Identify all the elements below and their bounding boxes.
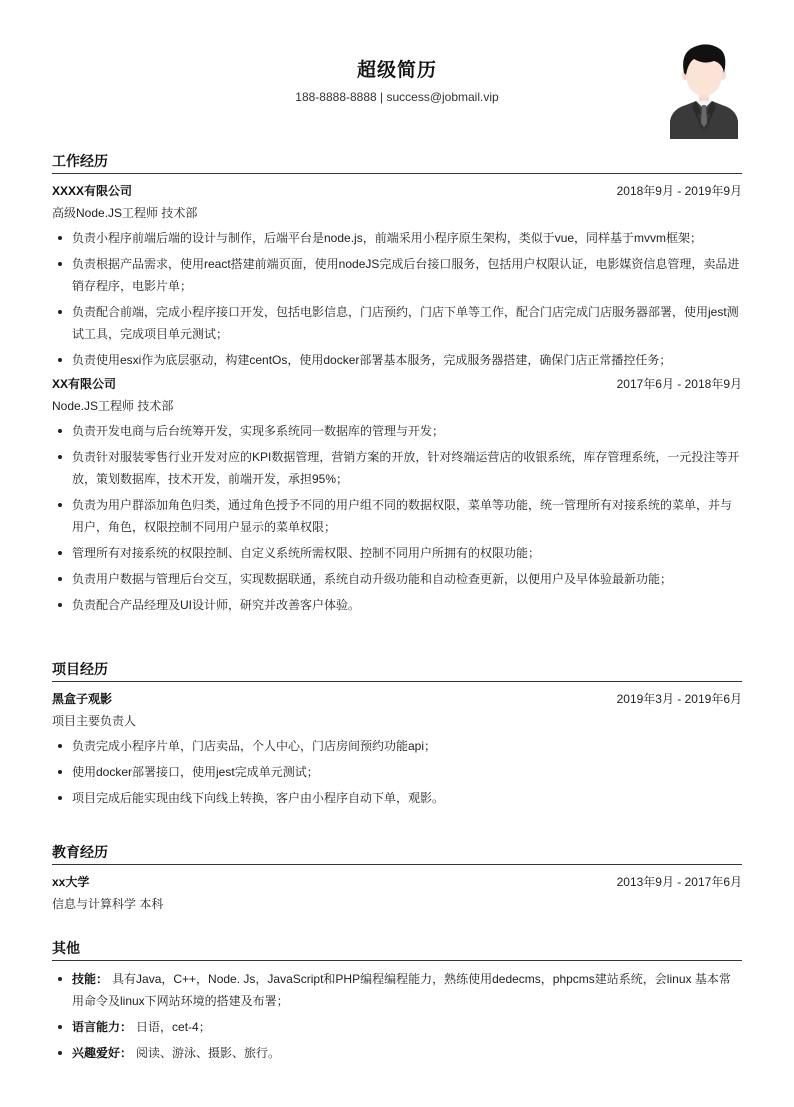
bullet-list: 技能：具有Java，C++，Node. Js，JavaScript和PHP编程编… (52, 968, 742, 1064)
job-role: Node.JS工程师 技术部 (52, 395, 742, 417)
list-item: 负责完成小程序片单，门店卖品，个人中心，门店房间预约功能api； (52, 735, 742, 757)
list-item-skills: 技能：具有Java，C++，Node. Js，JavaScript和PHP编程编… (52, 968, 742, 1012)
list-item: 使用docker部署接口，使用jest完成单元测试； (52, 761, 742, 783)
major: 信息与计算科学 本科 (52, 893, 742, 915)
bullet-list: 负责小程序前端后端的设计与制作，后端平台是node.js，前端采用小程序原生架构… (52, 227, 742, 371)
job-role: 高级Node.JS工程师 技术部 (52, 202, 742, 224)
list-item: 管理所有对接系统的权限控制、自定义系统所需权限、控制不同用户所拥有的权限功能； (52, 542, 742, 564)
item-text: 具有Java，C++，Node. Js，JavaScript和PHP编程编程能力… (72, 972, 731, 1008)
company-name: XX有限公司 (52, 373, 116, 395)
list-item: 负责使用esxi作为底层驱动，构建centOs，使用docker部署基本服务，完… (52, 349, 742, 371)
section-projects: 项目经历 黑盒子观影 2019年3月 - 2019年6月 项目主要负责人 负责完… (52, 658, 742, 813)
item-text: 日语，cet-4； (136, 1020, 211, 1034)
item-label: 语言能力： (72, 1020, 132, 1034)
list-item: 负责针对服装零售行业开发对应的KPI数据管理，营销方案的开放，针对终端运营店的收… (52, 446, 742, 490)
education-entry-header: xx大学 2013年9月 - 2017年6月 (52, 871, 742, 893)
project-name: 黑盒子观影 (52, 688, 112, 710)
section-title-work: 工作经历 (52, 150, 742, 174)
section-title-education: 教育经历 (52, 841, 742, 865)
work-entry-header: XXXX有限公司 2018年9月 - 2019年9月 (52, 180, 742, 202)
list-item: 负责小程序前端后端的设计与制作，后端平台是node.js，前端采用小程序原生架构… (52, 227, 742, 249)
project-entry-header: 黑盒子观影 2019年3月 - 2019年6月 (52, 688, 742, 710)
item-label: 技能： (72, 972, 108, 986)
entry-date: 2013年9月 - 2017年6月 (617, 871, 742, 893)
list-item-hobbies: 兴趣爱好：阅读、游泳、摄影、旅行。 (52, 1042, 742, 1064)
item-text: 阅读、游泳、摄影、旅行。 (136, 1046, 280, 1060)
list-item: 负责根据产品需求，使用react搭建前端页面，使用nodeJS完成后台接口服务，… (52, 253, 742, 297)
list-item-languages: 语言能力：日语，cet-4； (52, 1016, 742, 1038)
work-entry-header: XX有限公司 2017年6月 - 2018年9月 (52, 373, 742, 395)
section-title-other: 其他 (52, 937, 742, 961)
resume-header: 超级简历 188-8888-8888 | success@jobmail.vip (0, 0, 794, 150)
section-title-projects: 项目经历 (52, 658, 742, 682)
item-label: 兴趣爱好： (72, 1046, 132, 1060)
list-item: 项目完成后能实现由线下向线上转换，客户由小程序自动下单，观影。 (52, 787, 742, 809)
list-item: 负责为用户群添加角色归类，通过角色授予不同的用户组不同的数据权限，菜单等功能，统… (52, 494, 742, 538)
company-name: XXXX有限公司 (52, 180, 132, 202)
entry-date: 2019年3月 - 2019年6月 (617, 688, 742, 710)
bullet-list: 负责完成小程序片单，门店卖品，个人中心，门店房间预约功能api； 使用docke… (52, 735, 742, 809)
section-work: 工作经历 XXXX有限公司 2018年9月 - 2019年9月 高级Node.J… (52, 150, 742, 620)
section-other: 其他 技能：具有Java，C++，Node. Js，JavaScript和PHP… (52, 937, 742, 1068)
bullet-list: 负责开发电商与后台统筹开发，实现多系统同一数据库的管理与开发； 负责针对服装零售… (52, 420, 742, 616)
school-name: xx大学 (52, 871, 89, 893)
list-item: 负责配合前端，完成小程序接口开发，包括电影信息，门店预约，门店下单等工作，配合门… (52, 301, 742, 345)
list-item: 负责配合产品经理及UI设计师，研究并改善客户体验。 (52, 594, 742, 616)
section-education: 教育经历 xx大学 2013年9月 - 2017年6月 信息与计算科学 本科 (52, 841, 742, 915)
list-item: 负责用户数据与管理后台交互，实现数据联通，系统自动升级功能和自动检查更新，以便用… (52, 568, 742, 590)
project-role: 项目主要负责人 (52, 710, 742, 732)
entry-date: 2018年9月 - 2019年9月 (617, 180, 742, 202)
list-item: 负责开发电商与后台统筹开发，实现多系统同一数据库的管理与开发； (52, 420, 742, 442)
avatar-icon (668, 43, 740, 139)
entry-date: 2017年6月 - 2018年9月 (617, 373, 742, 395)
